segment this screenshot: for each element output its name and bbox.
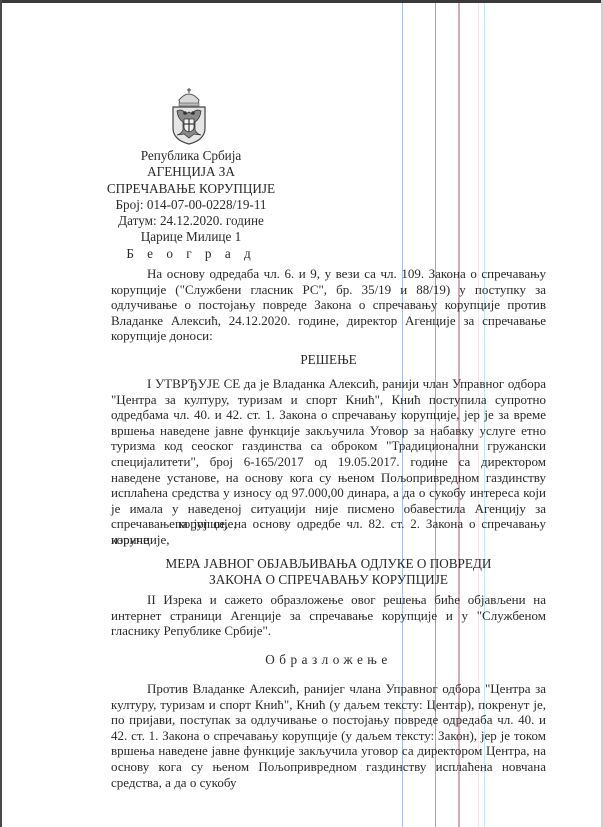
reasoning-title: Образложење <box>111 652 546 668</box>
header-city: Б е о г р а д <box>96 246 286 262</box>
header-reference-number: Број: 014-07-00-0228/19-11 <box>96 197 286 213</box>
header-agency-line1: АГЕНЦИЈА ЗА <box>96 164 286 180</box>
section-two-paragraph: II Изрека и сажето образложење овог реше… <box>111 592 546 639</box>
measure-title-line2: ЗАКОНА О СПРЕЧАВАЊУ КОРУПЦИЈЕ <box>111 572 546 588</box>
measure-intro-line2: изриче <box>111 532 546 548</box>
measure-title: МЕРА ЈАВНОГ ОБЈАВЉИВАЊА ОДЛУКЕ О ПОВРЕДИ… <box>111 556 546 587</box>
header-address: Царице Милице 1 <box>96 229 286 245</box>
document-header: Република Србија АГЕНЦИЈА ЗА СПРЕЧАВАЊЕ … <box>96 148 286 262</box>
reasoning-paragraph: Против Владанке Алексић, ранијег члана У… <box>111 681 546 790</box>
header-country: Република Србија <box>96 148 286 164</box>
window-top-border <box>0 0 603 3</box>
header-date: Датум: 24.12.2020. године <box>96 213 286 229</box>
section-one-paragraph: I УТВРЂУЈЕ СЕ да је Владанка Алексић, ра… <box>111 376 546 532</box>
decision-title: РЕШЕЊЕ <box>111 352 546 368</box>
preamble-paragraph: На основу одредаба чл. 6. и 9, у вези са… <box>111 266 546 344</box>
document-page: Република Србија АГЕНЦИЈА ЗА СПРЕЧАВАЊЕ … <box>0 0 603 827</box>
measure-title-line1: МЕРА ЈАВНОГ ОБЈАВЉИВАЊА ОДЛУКЕ О ПОВРЕДИ <box>111 556 546 572</box>
serbian-coat-of-arms-icon <box>164 86 214 146</box>
window-left-border <box>0 0 2 827</box>
header-agency-line2: СПРЕЧАВАЊЕ КОРУПЦИЈЕ <box>96 181 286 197</box>
